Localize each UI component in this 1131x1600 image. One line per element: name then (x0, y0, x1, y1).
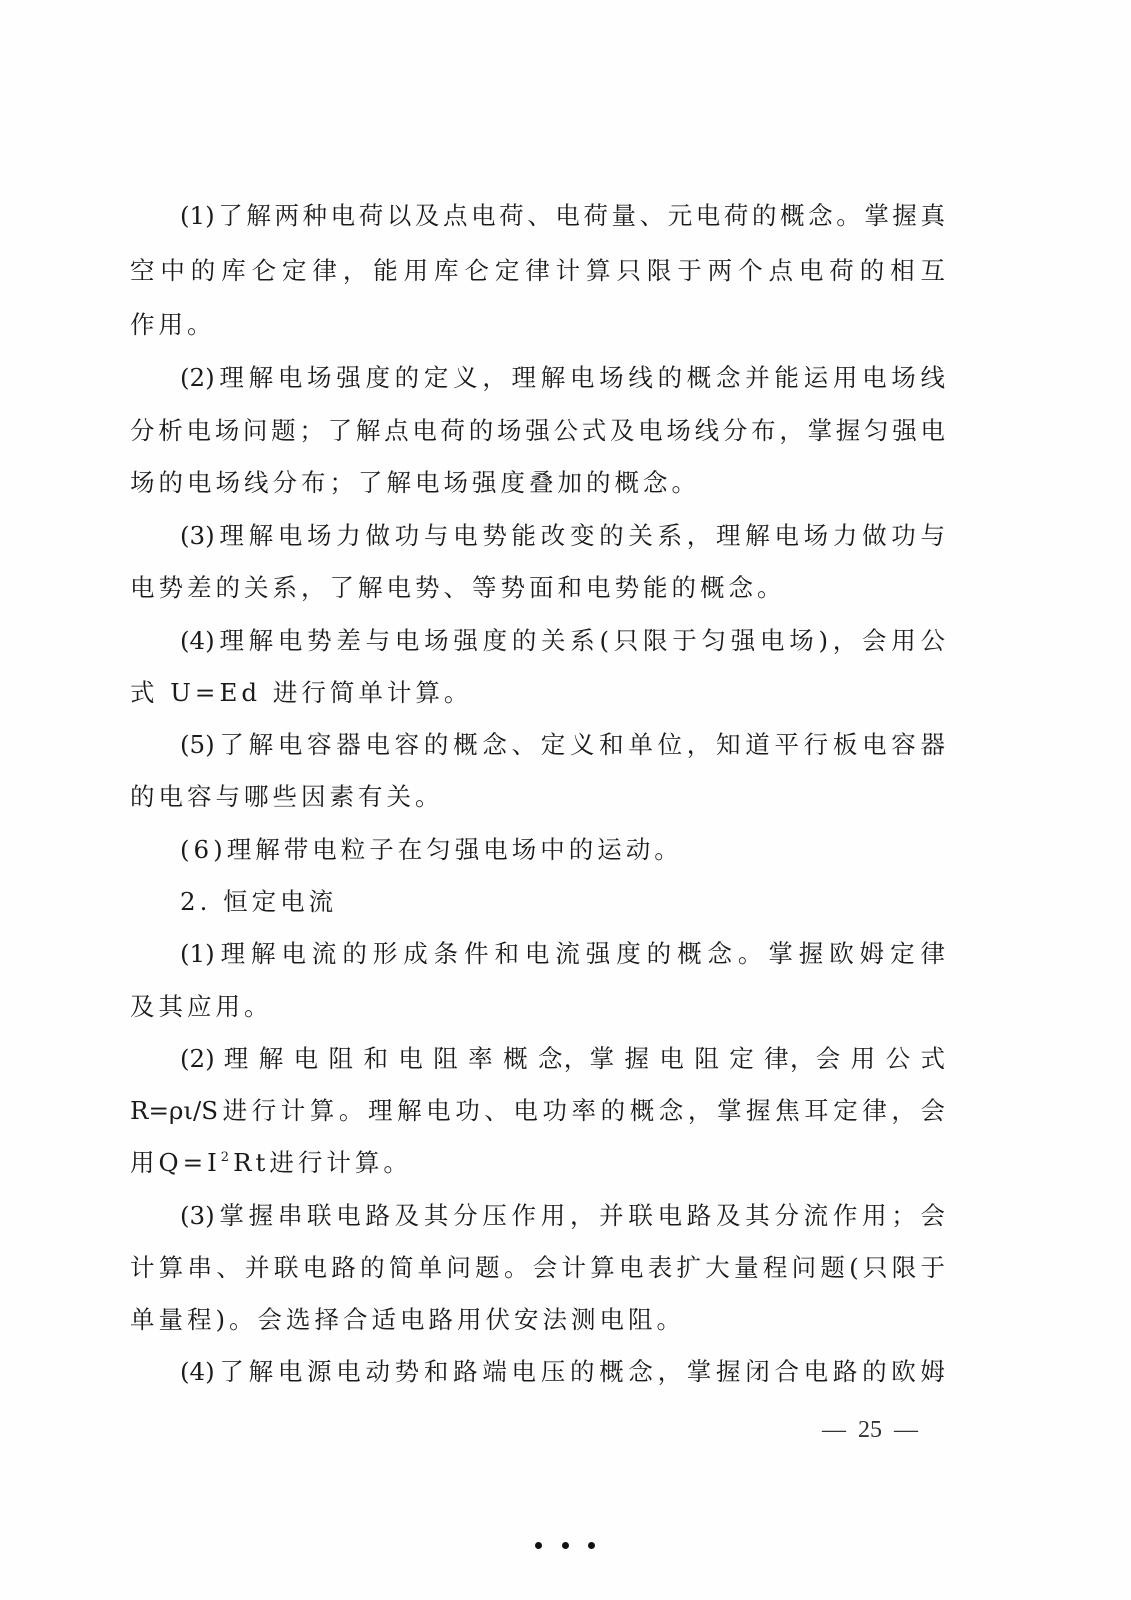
text-line: (4)了解电源电动势和路端电压的概念，掌握闭合电路的欧姆 (180, 1352, 945, 1392)
text-line: (2) 理 解 电 阻 和 电 阻 率 概 念，掌 握 电 阻 定 律，会 用 … (180, 1039, 945, 1079)
superscript: 2 (221, 1150, 233, 1165)
text-line: 空中的库仑定律，能用库仑定律计算只限于两个点电荷的相互 (130, 251, 945, 291)
document-page: (1)了解两种电荷以及点电荷、电荷量、元电荷的概念。掌握真 空中的库仑定律，能用… (0, 0, 1131, 1600)
text-line: 计算串、并联电路的简单问题。会计算电表扩大量程问题(只限于 (130, 1248, 945, 1288)
text-line: (4)理解电势差与电场强度的关系(只限于匀强电场)，会用公 (180, 621, 945, 661)
text-line: 用Q=I2Rt进行计算。 (130, 1143, 945, 1183)
text-line: (2)理解电场强度的定义，理解电场线的概念并能运用电场线 (180, 358, 945, 398)
more-options-icon[interactable] (535, 1535, 595, 1555)
text-line: (3)理解电场力做功与电势能改变的关系，理解电场力做功与 (180, 516, 945, 556)
dot-icon (535, 1542, 542, 1549)
text-line: (1)了解两种电荷以及点电荷、电荷量、元电荷的概念。掌握真 (180, 196, 945, 236)
dot-icon (588, 1542, 595, 1549)
text-line: (6)理解带电粒子在匀强电场中的运动。 (180, 830, 945, 870)
text-line: (1)理解电流的形成条件和电流强度的概念。掌握欧姆定律 (180, 934, 945, 974)
text-line: 及其应用。 (130, 987, 945, 1027)
page-number: — 25 — (810, 1410, 930, 1450)
text-line: (5)了解电容器电容的概念、定义和单位，知道平行板电容器 (180, 725, 945, 765)
formula-text: 用Q=I (130, 1148, 221, 1177)
text-line: 式 U=Ed 进行简单计算。 (130, 673, 945, 713)
text-line: 场的电场线分布；了解电场强度叠加的概念。 (130, 463, 945, 503)
text-line: 作用。 (130, 305, 945, 345)
text-line: R=ρι/S进行计算。理解电功、电功率的概念，掌握焦耳定律，会 (130, 1091, 945, 1131)
text-line: 电势差的关系，了解电势、等势面和电势能的概念。 (130, 568, 945, 608)
section-heading: 2. 恒定电流 (180, 882, 945, 922)
text-line: (3)掌握串联电路及其分压作用，并联电路及其分流作用；会 (180, 1196, 945, 1236)
text-line: 的电容与哪些因素有关。 (130, 777, 945, 817)
formula-text: Rt进行计算。 (233, 1148, 412, 1177)
text-line: 单量程)。会选择合适电路用伏安法测电阻。 (130, 1300, 945, 1340)
text-line: 分析电场问题；了解点电荷的场强公式及电场线分布，掌握匀强电 (130, 411, 945, 451)
dot-icon (562, 1542, 569, 1549)
